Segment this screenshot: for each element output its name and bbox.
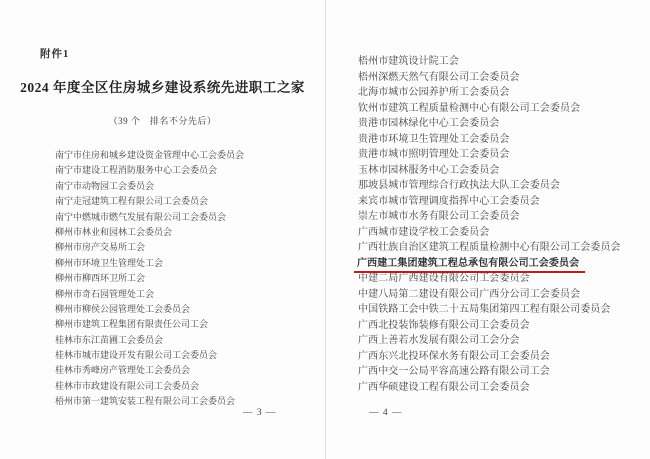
- page-number-3: — 3 —: [243, 408, 277, 418]
- list-item: 柳州市柳侯公园管理处工会委员会: [55, 302, 244, 317]
- list-item-highlighted: 广西建工集团建筑工程总承包有限公司工会委员会: [358, 256, 621, 272]
- list-item: 柳州市林业和园林工会委员会: [55, 225, 244, 240]
- list-item: 钦州市建筑工程质量检测中心有限公司工会委员会: [358, 101, 621, 117]
- list-item: 柳州市建筑工程集团有限责任公司工会: [55, 317, 244, 332]
- list-item: 那坡县城市管理综合行政执法大队工会委员会: [358, 178, 621, 194]
- list-item: 柳州市房产交易所工会: [55, 240, 244, 255]
- page-4: 梧州市建筑设计院工会梧州深燃天然气有限公司工会委员会北海市城市公园养护所工会委员…: [325, 0, 650, 459]
- list-item: 南宁中燃城市燃气发展有限公司工会委员会: [55, 210, 244, 225]
- list-item: 柳州市奇石园管理处工会: [55, 287, 244, 302]
- page-3: 附件1 2024 年度全区住房城乡建设系统先进职工之家 （39 个 排名不分先后…: [0, 0, 325, 459]
- list-item: 梧州市第一建筑安装工程有限公司工会委员会: [55, 394, 244, 409]
- document-subtitle: （39 个 排名不分先后）: [0, 114, 325, 127]
- list-item: 桂林市市政建设有限公司工会委员会: [55, 379, 244, 394]
- list-item: 柳州市柳西环卫所工会: [55, 271, 244, 286]
- list-item: 广西北投装饰装修有限公司工会委员会: [358, 318, 621, 334]
- list-item: 中建八局第二建设有限公司广西分公司工会委员会: [358, 287, 621, 303]
- list-item: 桂林市东江苗圃工会委员会: [55, 333, 244, 348]
- list-item: 广西上善若水发展有限公司工会分会: [358, 333, 621, 349]
- list-item: 广西壮族自治区建筑工程质量检测中心有限公司工会委员会: [358, 240, 621, 256]
- page-number-4: — 4 —: [369, 408, 403, 418]
- list-item: 桂林市城市建设开发有限公司工会委员会: [55, 348, 244, 363]
- list-item: 柳州市环境卫生管理处工会: [55, 256, 244, 271]
- list-item: 中建二局广西建设有限公司工会委员会: [358, 271, 621, 287]
- document-title: 2024 年度全区住房城乡建设系统先进职工之家: [0, 76, 325, 96]
- list-item: 贵港市环境卫生管理处工会委员会: [358, 132, 621, 148]
- list-item: 梧州市建筑设计院工会: [358, 54, 621, 70]
- list-item: 广西东兴北投环保水务有限公司工会委员会: [358, 349, 621, 365]
- attachment-label: 附件1: [40, 46, 69, 61]
- list-item: 南宁市建设工程消防服务中心工会委员会: [55, 163, 244, 178]
- list-item: 南宁市动物园工会委员会: [55, 179, 244, 194]
- union-list-page-3: 南宁市住房和城乡建设资金管理中心工会委员会南宁市建设工程消防服务中心工会委员会南…: [55, 148, 244, 410]
- list-item: 崇左市城市水务有限公司工会委员会: [358, 209, 621, 225]
- list-item: 中国铁路工会中铁二十五局集团第四工程有限公司委员会: [358, 302, 621, 318]
- list-item: 贵港市园林绿化中心工会委员会: [358, 116, 621, 132]
- list-item: 南宁市住房和城乡建设资金管理中心工会委员会: [55, 148, 244, 163]
- document-spread: 附件1 2024 年度全区住房城乡建设系统先进职工之家 （39 个 排名不分先后…: [0, 0, 650, 459]
- list-item: 北海市城市公园养护所工会委员会: [358, 85, 621, 101]
- union-list-page-4: 梧州市建筑设计院工会梧州深燃天然气有限公司工会委员会北海市城市公园养护所工会委员…: [358, 54, 621, 395]
- list-item: 广西城市建设学校工会委员会: [358, 225, 621, 241]
- list-item: 梧州深燃天然气有限公司工会委员会: [358, 70, 621, 86]
- list-item: 广西中交一公局平容高速公路有限公司工会: [358, 364, 621, 380]
- list-item: 桂林市秀峰房产管理处工会委员会: [55, 363, 244, 378]
- list-item: 来宾市城市管理调度指挥中心工会委员会: [358, 194, 621, 210]
- list-item: 南宁走冠建筑工程有限公司工会委员会: [55, 194, 244, 209]
- list-item: 玉林市园林服务中心工会委员会: [358, 163, 621, 179]
- list-item: 广西华硕建设工程有限公司工会委员会: [358, 380, 621, 396]
- list-item: 贵港市城市照明管理处工会委员会: [358, 147, 621, 163]
